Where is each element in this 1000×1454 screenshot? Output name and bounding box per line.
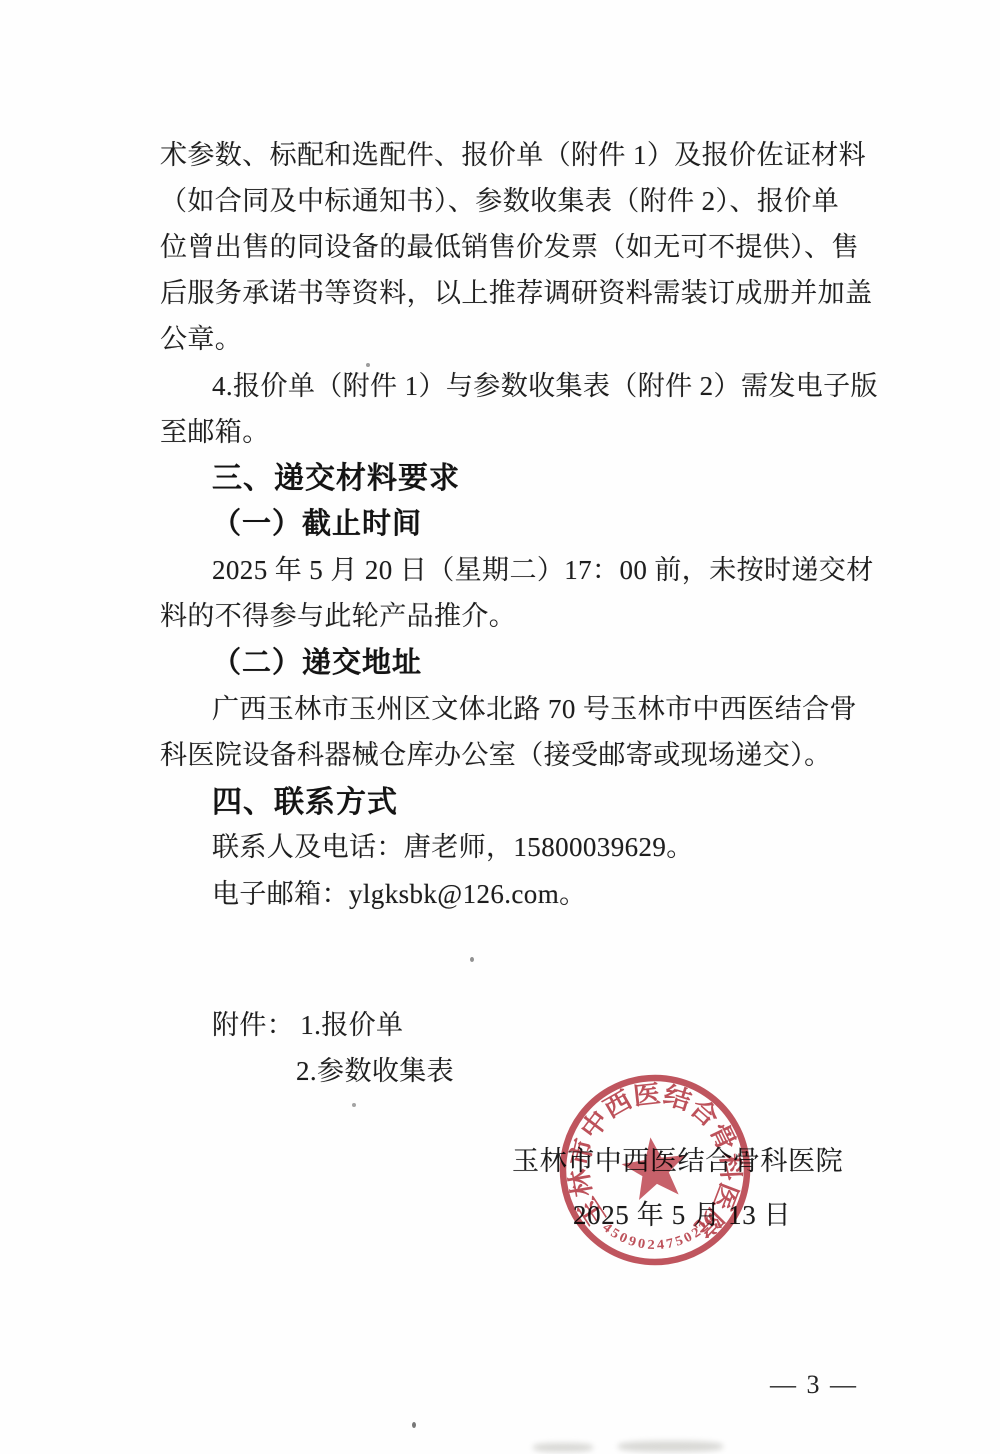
attachment-line: 2.参数收集表 [160, 1045, 454, 1091]
sub-heading: （一）截止时间 [160, 499, 884, 545]
body-line: 4.报价单（附件 1）与参数收集表（附件 2）需发电子版 [160, 360, 884, 406]
document-body: 术参数、标配和选配件、报价单（附件 1）及报价佐证材料 （如合同及中标通知书）、… [160, 129, 884, 914]
body-line: 后服务承诺书等资料，以上推荐调研资料需装订成册并加盖 [160, 268, 884, 314]
scan-smudge [533, 1443, 593, 1452]
body-line: 广西玉林市玉州区文体北路 70 号玉林市中西医结合骨 [160, 683, 884, 729]
body-line: 料的不得参与此轮产品推介。 [160, 591, 884, 637]
attachment-item: 1.报价单 [300, 1003, 403, 1042]
scan-speck [352, 1103, 356, 1107]
body-line: 至邮箱。 [160, 406, 884, 452]
contact-phone-line: 联系人及电话：唐老师，15800039629。 [160, 822, 884, 868]
attachments-label: 附件： [212, 1003, 294, 1042]
section-heading: 四、联系方式 [160, 776, 884, 822]
attachment-line: 附件： 1.报价单 [160, 999, 454, 1045]
body-line: 公章。 [160, 314, 884, 360]
scan-smudge [618, 1441, 723, 1452]
scan-speck [470, 957, 474, 962]
sub-heading: （二）递交地址 [160, 637, 884, 683]
page-number: — 3 — [770, 1362, 858, 1408]
attachments-block: 附件： 1.报价单 2.参数收集表 [160, 999, 454, 1091]
contact-email-line: 电子邮箱：ylgksbk@126.com。 [160, 868, 884, 914]
signature-org: 玉林市中西医结合骨科医院 [512, 1135, 843, 1181]
body-line: 位曾出售的同设备的最低销售价发票（如无可不提供）、售 [160, 221, 884, 267]
signature-date: 2025 年 5 月 13 日 [573, 1189, 791, 1235]
body-line: 科医院设备科器械仓库办公室（接受邮寄或现场递交）。 [160, 729, 884, 775]
body-line: 术参数、标配和选配件、报价单（附件 1）及报价佐证材料 [160, 129, 884, 175]
scan-speck [412, 1422, 416, 1428]
scan-speck [366, 363, 370, 367]
attachment-item: 2.参数收集表 [296, 1049, 454, 1088]
body-line: （如合同及中标通知书）、参数收集表（附件 2）、报价单 [160, 175, 884, 221]
document-page: 术参数、标配和选配件、报价单（附件 1）及报价佐证材料 （如合同及中标通知书）、… [0, 0, 1000, 1454]
section-heading: 三、递交材料要求 [160, 452, 884, 498]
body-line: 2025 年 5 月 20 日（星期二）17：00 前，未按时递交材 [160, 545, 884, 591]
